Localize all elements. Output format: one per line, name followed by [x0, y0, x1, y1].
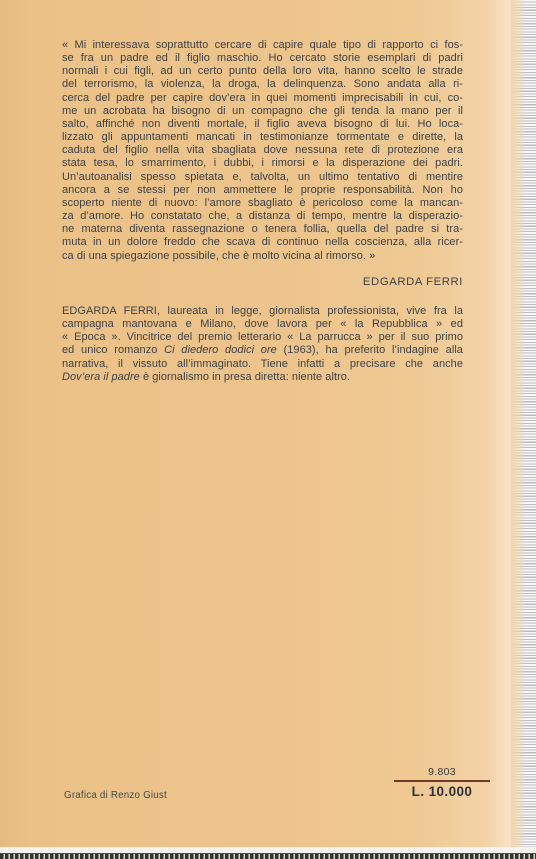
- quote-line: lizzato gli appuntamenti mancati in test…: [62, 131, 463, 144]
- quote-line: ne materna diventa rassegnazione o tener…: [62, 223, 463, 236]
- book-title-italic: Dov’era il padre: [62, 371, 140, 383]
- price-value: L. 10.000: [394, 784, 490, 799]
- book-title-italic: Ci diedero dodici ore: [164, 344, 277, 356]
- quote-line: stata tesa, lo smarrimento, i dubbi, i r…: [62, 157, 463, 170]
- bio-line: campagna mantovana e Milano, dove lavora…: [62, 318, 463, 331]
- quote-line: muta in un dolore freddo che scava di co…: [62, 236, 463, 249]
- bio-text: EDGARDA FERRI, laureata in legge, giorna…: [62, 305, 463, 317]
- bio-text: narrativa, il vissuto all’immaginato. Ti…: [62, 358, 463, 370]
- price-divider: [394, 780, 490, 782]
- quote-line: caduta del figlio nella vita sbagliata d…: [62, 144, 463, 157]
- quote-line: « Mi interessava soprattutto cercare di …: [62, 39, 463, 52]
- cover-background: « Mi interessava soprattutto cercare di …: [0, 0, 513, 847]
- bio-line: « Epoca ». Vincitrice del premio lettera…: [62, 331, 463, 344]
- bio-line: ed unico romanzo Ci diedero dodici ore (…: [62, 344, 463, 357]
- bio-text: (1963), ha preferito l’indagine alla: [277, 344, 463, 356]
- bio-line: EDGARDA FERRI, laureata in legge, giorna…: [62, 305, 463, 318]
- bio-line: Dov’era il padre è giornalismo in presa …: [62, 371, 463, 384]
- quote-line: ancora a se stessi per non ammettere le …: [62, 184, 463, 197]
- quote-line: me un acrobata ha bisogno di un compagno…: [62, 105, 463, 118]
- quote-line: normali i cui figli, ad un certo punto d…: [62, 65, 463, 78]
- design-credit: Grafica di Renzo Giust: [64, 790, 167, 801]
- bio-text: è giornalismo in presa diretta: niente a…: [140, 371, 350, 383]
- bio-block: EDGARDA FERRI, laureata in legge, giorna…: [62, 305, 463, 384]
- bio-text: « Epoca ». Vincitrice del premio lettera…: [62, 331, 463, 343]
- quote-line: scoperto niente di nuovo: l’amore sbagli…: [62, 197, 463, 210]
- book-back-cover-scan: « Mi interessava soprattutto cercare di …: [0, 0, 536, 859]
- quote-line: del terrorismo, la violenza, la droga, l…: [62, 78, 463, 91]
- catalog-code: 9.803: [394, 766, 490, 778]
- bio-text: campagna mantovana e Milano, dove lavora…: [62, 318, 463, 330]
- book-page-edges-bottom: [0, 853, 536, 859]
- quote-block: « Mi interessava soprattutto cercare di …: [62, 39, 463, 263]
- quote-line: se fra un padre ed il figlio maschio. Ho…: [62, 52, 463, 65]
- bio-line: narrativa, il vissuto all’immaginato. Ti…: [62, 358, 463, 371]
- quote-line: cerca del padre per capire dov’era in qu…: [62, 92, 463, 105]
- book-page-edges-right: [511, 0, 536, 847]
- quote-line: Un’autoanalisi spesso spietata e, talvol…: [62, 171, 463, 184]
- author-signature: EDGARDA FERRI: [62, 276, 463, 288]
- price-block: 9.803 L. 10.000: [394, 766, 490, 799]
- quote-line: za d’amore. Ho constatato che, a distanz…: [62, 210, 463, 223]
- quote-line: ca di una spiegazione possibile, che è m…: [62, 250, 463, 263]
- bio-text: ed unico romanzo: [62, 344, 164, 356]
- quote-line: salto, affinché non diventi mortale, il …: [62, 118, 463, 131]
